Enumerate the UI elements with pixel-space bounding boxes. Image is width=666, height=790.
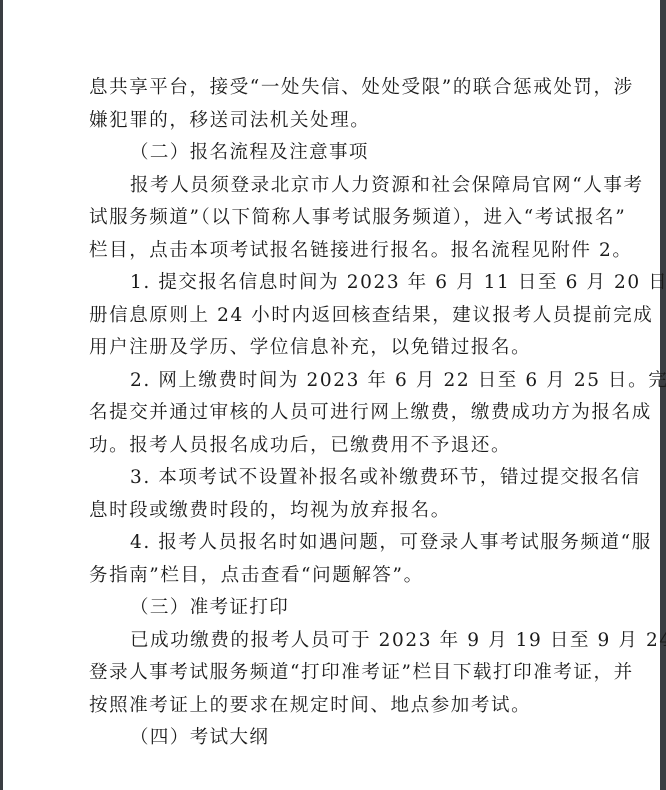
paragraph-line: 嫌犯罪的，移送司法机关处理。 bbox=[89, 105, 589, 138]
paragraph-line: 务指南”栏目，点击查看“问题解答”。 bbox=[89, 560, 589, 593]
list-item-3: 3. 本项考试不设置补报名或补缴费环节，错过提交报名信 bbox=[89, 462, 589, 495]
paragraph-line: 功。报考人员报名成功后，已缴费用不予退还。 bbox=[89, 430, 589, 463]
paragraph-line: 息时段或缴费时段的，均视为放弃报名。 bbox=[89, 495, 589, 528]
paragraph-line: 息共享平台，接受“一处失信、处处受限”的联合惩戒处罚，涉 bbox=[89, 72, 589, 105]
section-heading-exam-syllabus: （四）考试大纲 bbox=[89, 722, 589, 755]
document-page: 息共享平台，接受“一处失信、处处受限”的联合惩戒处罚，涉 嫌犯罪的，移送司法机关… bbox=[89, 72, 589, 755]
paragraph-line: 名提交并通过审核的人员可进行网上缴费，缴费成功方为报名成 bbox=[89, 397, 589, 430]
paragraph-line: 试服务频道”（以下简称人事考试服务频道），进入“考试报名” bbox=[89, 202, 589, 235]
viewer-left-border bbox=[0, 0, 3, 790]
paragraph-line: 已成功缴费的报考人员可于 2023 年 9 月 19 日至 9 月 24 日 bbox=[89, 625, 589, 658]
viewer-right-border bbox=[660, 0, 666, 790]
paragraph-line: 按照准考证上的要求在规定时间、地点参加考试。 bbox=[89, 690, 589, 723]
list-item-4: 4. 报考人员报名时如遇问题，可登录人事考试服务频道“服 bbox=[89, 527, 589, 560]
section-heading-registration-process: （二）报名流程及注意事项 bbox=[89, 137, 589, 170]
paragraph-line: 册信息原则上 24 小时内返回核查结果，建议报考人员提前完成 bbox=[89, 300, 589, 333]
paragraph-line: 报考人员须登录北京市人力资源和社会保障局官网“人事考 bbox=[89, 170, 589, 203]
list-item-1: 1. 提交报名信息时间为 2023 年 6 月 11 日至 6 月 20 日。注 bbox=[89, 267, 589, 300]
section-heading-admission-ticket: （三）准考证打印 bbox=[89, 592, 589, 625]
document-viewer: 息共享平台，接受“一处失信、处处受限”的联合惩戒处罚，涉 嫌犯罪的，移送司法机关… bbox=[0, 0, 666, 790]
list-item-2: 2. 网上缴费时间为 2023 年 6 月 22 日至 6 月 25 日。完成报 bbox=[89, 365, 589, 398]
paragraph-line: 用户注册及学历、学位信息补充，以免错过报名。 bbox=[89, 332, 589, 365]
paragraph-line: 登录人事考试服务频道“打印准考证”栏目下载打印准考证，并 bbox=[89, 657, 589, 690]
paragraph-line: 栏目，点击本项考试报名链接进行报名。报名流程见附件 2。 bbox=[89, 235, 589, 268]
